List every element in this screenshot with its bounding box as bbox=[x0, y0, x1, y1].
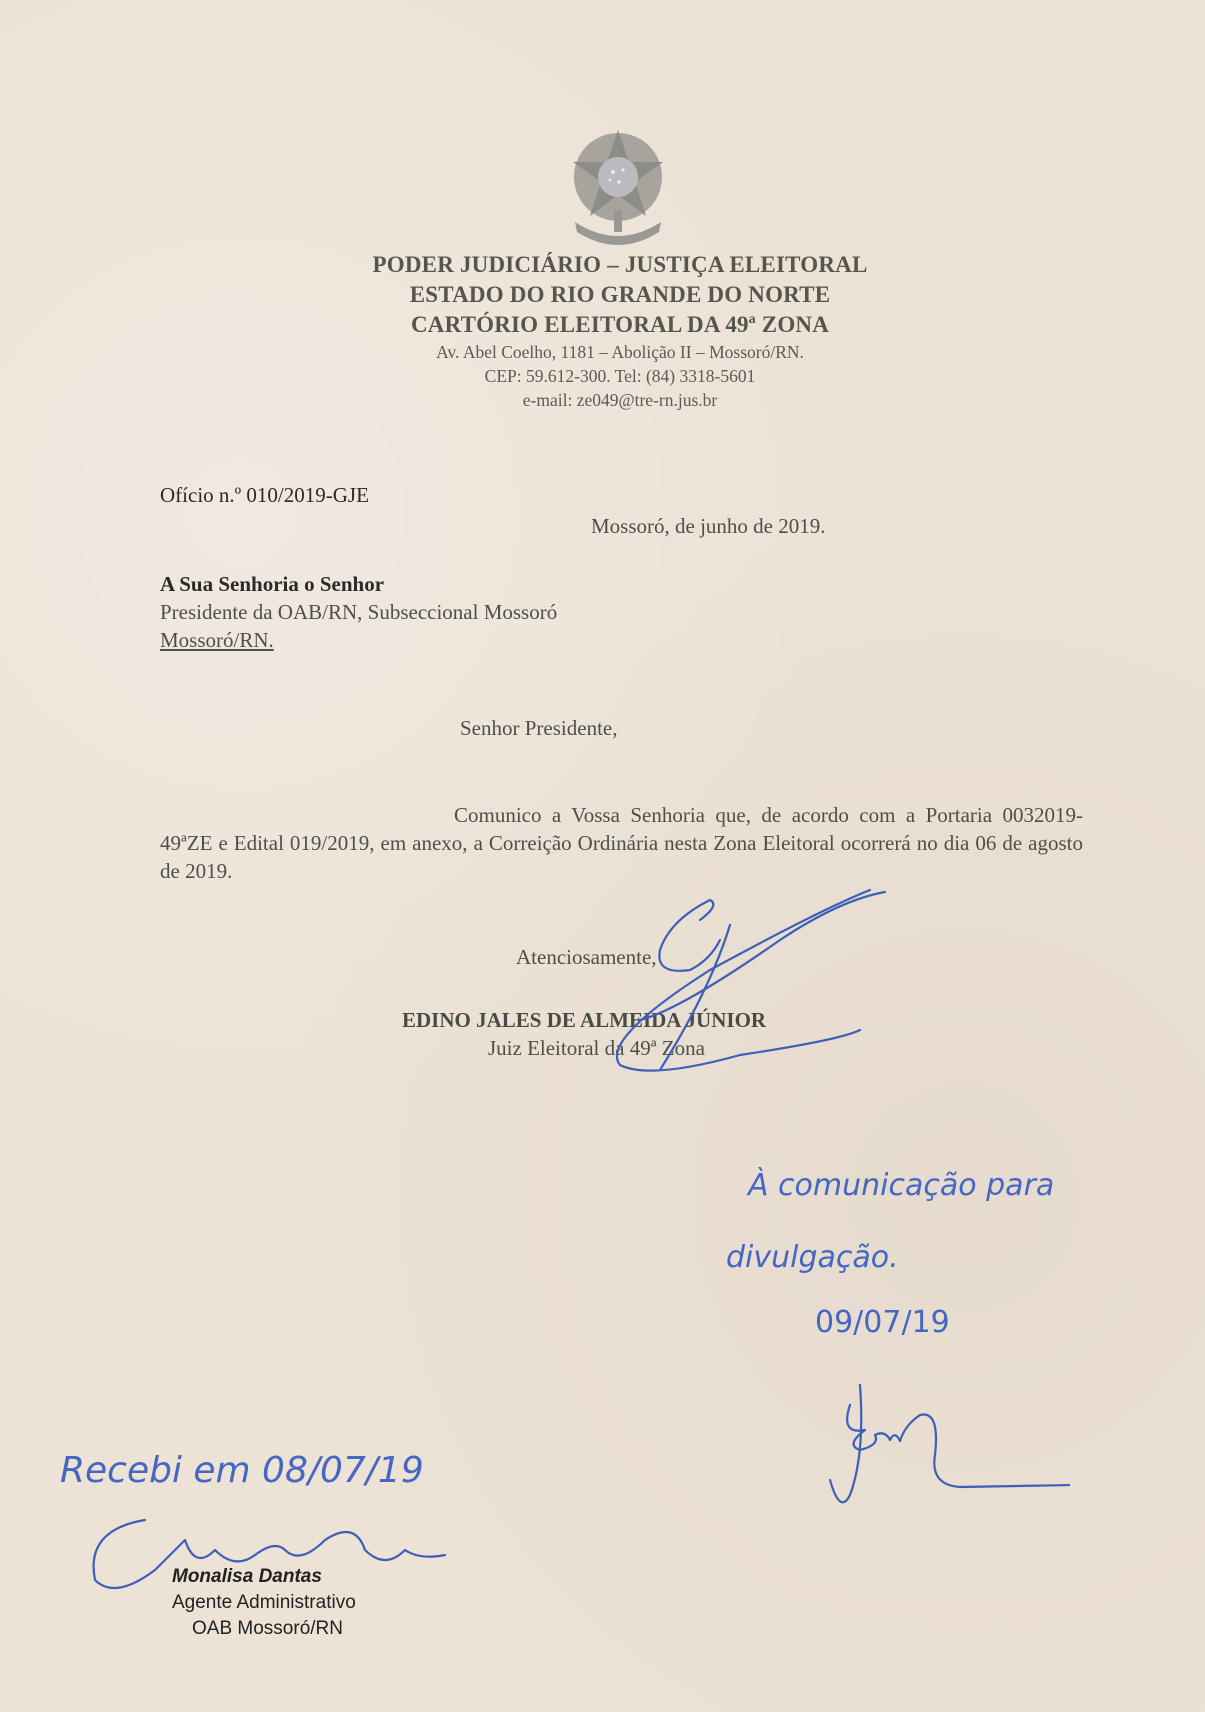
stamp-org: OAB Mossoró/RN bbox=[192, 1618, 343, 1640]
header-line-state: ESTADO DO RIO GRANDE DO NORTE bbox=[0, 282, 1205, 308]
header-email: e-mail: ze049@tre-rn.jus.br bbox=[0, 390, 1205, 411]
coat-of-arms-emblem bbox=[563, 122, 673, 250]
stamp-role: Agente Administrativo bbox=[172, 1592, 356, 1614]
recipient-salutation: A Sua Senhoria o Senhor bbox=[160, 572, 384, 597]
header-address: Av. Abel Coelho, 1181 – Abolição II – Mo… bbox=[0, 342, 1205, 363]
recipient-title: Presidente da OAB/RN, Subseccional Mosso… bbox=[160, 600, 557, 625]
header-line-registry: CARTÓRIO ELEITORAL DA 49ª ZONA bbox=[0, 312, 1205, 338]
stamp-name: Monalisa Dantas bbox=[172, 1566, 322, 1588]
date-line: Mossoró, de junho de 2019. bbox=[591, 514, 826, 539]
greeting: Senhor Presidente, bbox=[460, 716, 617, 741]
brazil-coat-of-arms-icon bbox=[563, 122, 673, 250]
receipt-handwritten: Recebi em 08/07/19 bbox=[60, 1450, 424, 1491]
judge-signature bbox=[560, 880, 890, 1080]
header-contact: CEP: 59.612-300. Tel: (84) 3318-5601 bbox=[0, 366, 1205, 387]
handwritten-note-line1: À comunicação para bbox=[748, 1168, 1054, 1203]
reviewer-signature bbox=[820, 1375, 1070, 1525]
handwritten-note-line2: divulgação. bbox=[726, 1240, 899, 1275]
header-line-judiciary: PODER JUDICIÁRIO – JUSTIÇA ELEITORAL bbox=[0, 252, 1205, 278]
document-reference: Ofício n.º 010/2019-GJE bbox=[160, 483, 369, 508]
body-paragraph: Comunico a Vossa Senhoria que, de acordo… bbox=[160, 801, 1083, 885]
recipient-city: Mossoró/RN. bbox=[160, 628, 274, 653]
handwritten-note-date: 09/07/19 bbox=[815, 1305, 950, 1340]
